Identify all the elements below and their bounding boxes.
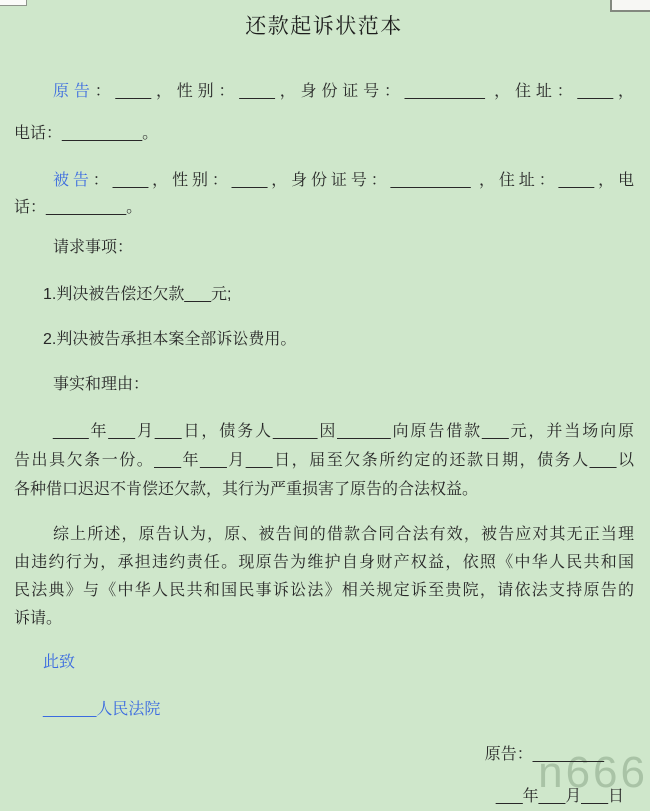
corner-decoration-left [0, 0, 27, 6]
court-line: ______人民法院 [14, 696, 634, 724]
facts-paragraph-2: 综上所述，原告认为，原、被告间的借款合同合法有效，被告应对其无正当理 由违约行为… [14, 521, 634, 633]
defendant-line-1-text: ：____，性别：____，身份证号：_________ ，住址：____，电 [93, 172, 634, 189]
signature-plaintiff: 原告：________ [14, 741, 634, 769]
salutation: 此致 [14, 649, 634, 677]
facts-heading: 事实和理由： [14, 371, 634, 399]
defendant-line-1: 被告：____，性别：____，身份证号：_________ ，住址：____，… [14, 167, 634, 194]
facts-p2-line-2: 由违约行为，承担违约责任。现原告为维护自身财产权益，依照《中华人民共和国 [14, 549, 634, 577]
defendant-paragraph: 被告：____，性别：____，身份证号：_________ ，住址：____，… [14, 167, 634, 221]
facts-p2-line-1: 综上所述，原告认为，原、被告间的借款合同合法有效，被告应对其无正当理 [14, 521, 634, 549]
facts-p2-line-4: 诉请。 [14, 605, 634, 633]
facts-p1-line-3: 各种借口迟迟不肯偿还欠款，其行为严重损害了原告的合法权益。 [14, 475, 634, 504]
document-page: n666 还款起诉状范本 原告：____，性别：____，身份证号：______… [0, 0, 650, 811]
facts-p1-line-2: 告出具欠条一份。___年___月___日，届至欠条所约定的还款日期，债务人___… [14, 446, 634, 475]
page-title: 还款起诉状范本 [14, 12, 634, 42]
facts-p1-line-1: ____年___月___日，债务人_____因______向原告借款___元，并… [14, 417, 634, 446]
claims-heading: 请求事项： [14, 234, 634, 262]
claim-item-1: 1.判决被告偿还欠款___元; [14, 281, 634, 309]
document-content: 还款起诉状范本 原告：____，性别：____，身份证号：_________ ，… [14, 12, 634, 811]
corner-decoration-right [610, 0, 650, 12]
plaintiff-paragraph: 原告：____，性别：____，身份证号：_________ ，住址：____，… [14, 71, 634, 155]
facts-p2-line-3: 民法典》与《中华人民共和国民事诉讼法》相关规定诉至贵院，请依法支持原告的 [14, 577, 634, 605]
plaintiff-label: 原告 [53, 83, 95, 100]
defendant-line-2: 话：_________。 [14, 194, 634, 221]
facts-paragraph-1: ____年___月___日，债务人_____因______向原告借款___元，并… [14, 417, 634, 504]
signature-date: ___年___月___日 [14, 783, 634, 811]
claim-item-2: 2.判决被告承担本案全部诉讼费用。 [14, 326, 634, 354]
defendant-label: 被告 [53, 172, 93, 189]
plaintiff-line-1: 原告：____，性别：____，身份证号：_________ ，住址：____， [14, 71, 634, 113]
plaintiff-line-1-text: ：____，性别：____，身份证号：_________ ，住址：____， [95, 83, 634, 100]
plaintiff-line-2: 电话：_________。 [14, 113, 634, 155]
